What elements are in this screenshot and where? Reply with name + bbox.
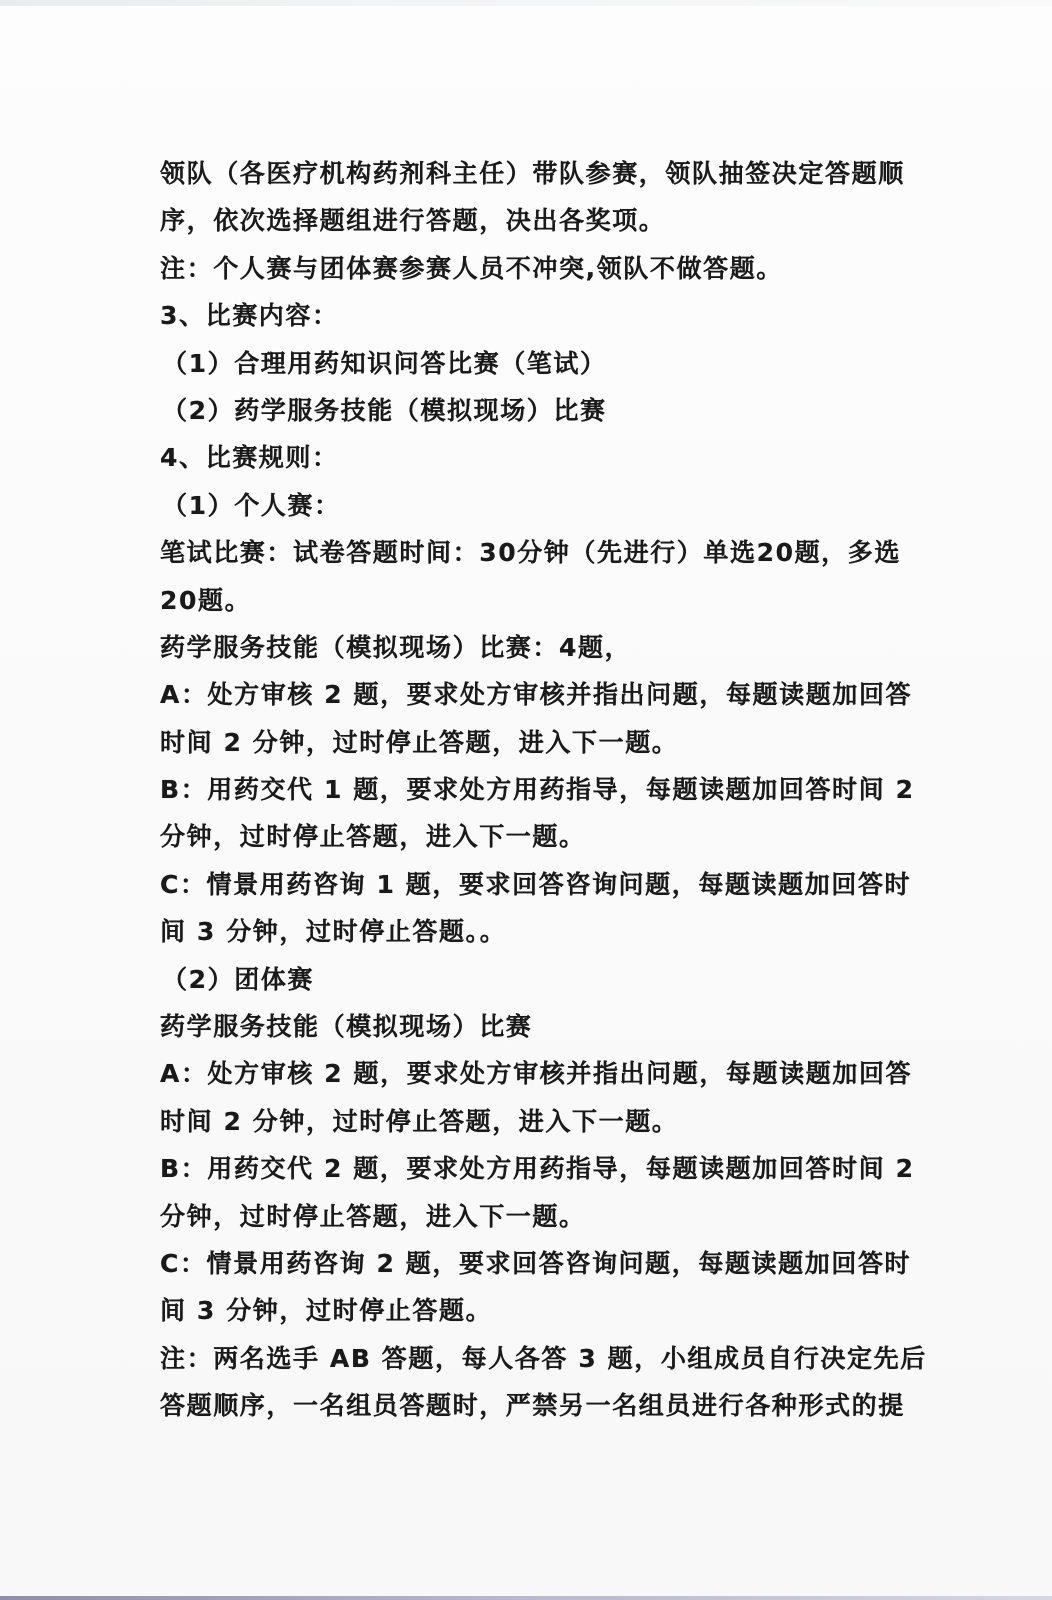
rule-line-team-a: A：处方审核 2 题，要求处方审核并指出问题，每题读题加回答: [160, 1050, 900, 1097]
rule-line-team-b-cont: 分钟，过时停止答题，进入下一题。: [160, 1193, 900, 1240]
list-item-written-exam: （1）合理用药知识问答比赛（笔试）: [162, 340, 900, 387]
paragraph-line-team-leader: 领队（各医疗机构药剂科主任）带队参赛，领队抽签决定答题顺: [160, 150, 900, 197]
paragraph-line-skills-team: 药学服务技能（模拟现场）比赛: [160, 1003, 900, 1050]
page-bottom-edge: [0, 1596, 1052, 1600]
paragraph-line-written-exam-cont: 20题。: [160, 577, 900, 624]
subsection-heading-individual: （1）个人赛：: [162, 482, 900, 529]
page-top-edge: [0, 0, 1052, 6]
paragraph-line-skills-individual: 药学服务技能（模拟现场）比赛：4题，: [160, 624, 900, 671]
rule-line-individual-b: B：用药交代 1 题，要求处方用药指导，每题读题加回答时间 2: [160, 766, 900, 813]
paragraph-line-team-leader-cont: 序，依次选择题组进行答题，决出各奖项。: [160, 197, 900, 244]
section-heading-competition-content: 3、比赛内容：: [160, 292, 900, 339]
note-line-participants: 注：个人赛与团体赛参赛人员不冲突,领队不做答题。: [160, 245, 900, 292]
rule-line-individual-b-cont: 分钟，过时停止答题，进入下一题。: [160, 813, 900, 860]
rule-line-team-c-cont: 间 3 分钟，过时停止答题。: [160, 1287, 900, 1334]
rule-line-team-b: B：用药交代 2 题，要求处方用药指导，每题读题加回答时间 2: [160, 1145, 900, 1192]
list-item-pharmacy-skills: （2）药学服务技能（模拟现场）比赛: [162, 387, 900, 434]
note-line-team-order: 注：两名选手 AB 答题，每人各答 3 题，小组成员自行决定先后: [160, 1335, 900, 1382]
rule-line-individual-a: A：处方审核 2 题，要求处方审核并指出问题，每题读题加回答: [160, 671, 900, 718]
document-body: 领队（各医疗机构药剂科主任）带队参赛，领队抽签决定答题顺 序，依次选择题组进行答…: [160, 150, 900, 1430]
rule-line-individual-a-cont: 时间 2 分钟，过时停止答题，进入下一题。: [160, 719, 900, 766]
rule-line-team-c: C：情景用药咨询 2 题，要求回答咨询问题，每题读题加回答时: [160, 1240, 900, 1287]
paragraph-line-written-exam: 笔试比赛：试卷答题时间：30分钟（先进行）单选20题，多选: [160, 529, 900, 576]
section-heading-competition-rules: 4、比赛规则：: [160, 434, 900, 481]
scanned-page: 领队（各医疗机构药剂科主任）带队参赛，领队抽签决定答题顺 序，依次选择题组进行答…: [0, 0, 1052, 1600]
rule-line-individual-c: C：情景用药咨询 1 题，要求回答咨询问题，每题读题加回答时: [160, 861, 900, 908]
rule-line-individual-c-cont: 间 3 分钟，过时停止答题。。: [160, 908, 900, 955]
rule-line-team-a-cont: 时间 2 分钟，过时停止答题，进入下一题。: [160, 1098, 900, 1145]
subsection-heading-team: （2）团体赛: [162, 956, 900, 1003]
note-line-team-order-cont: 答题顺序，一名组员答题时，严禁另一名组员进行各种形式的提: [160, 1382, 900, 1429]
